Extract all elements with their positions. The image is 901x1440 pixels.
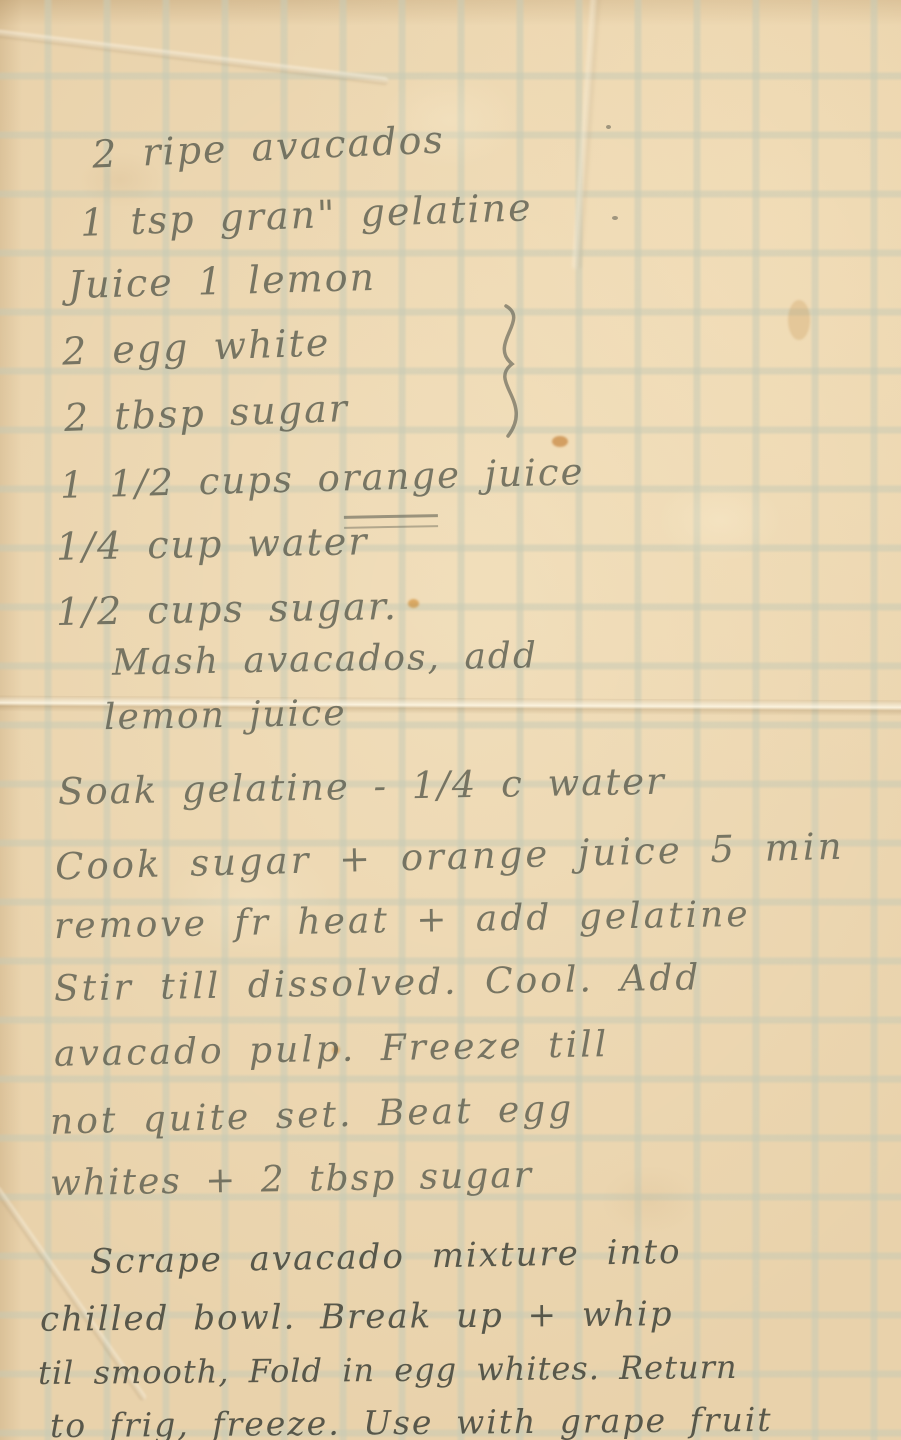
handwritten-recipe-page: 2 ripe avacados 1 tsp gran" gelatine Jui… bbox=[0, 0, 901, 1440]
ink-fleck bbox=[606, 125, 611, 129]
instruction-lemon-juice: lemon juice bbox=[104, 696, 347, 736]
ingredient-sugar-tbsp: 2 tbsp sugar bbox=[63, 389, 349, 437]
instruction-chilled-bowl: chilled bowl. Break up + whip bbox=[40, 1297, 674, 1337]
ingredient-water: 1/4 cup water bbox=[56, 522, 369, 565]
instruction-fold-whites: til smooth, Fold in egg whites. Return bbox=[38, 1351, 738, 1389]
instruction-scrape-mixture: Scrape avacado mixture into bbox=[90, 1235, 682, 1279]
rust-stain bbox=[408, 599, 419, 608]
rust-stain bbox=[552, 436, 568, 447]
ingredient-sugar-cups: 1/2 cups sugar. bbox=[56, 587, 399, 631]
ingredient-egg-whites: 2 egg white bbox=[61, 323, 331, 370]
double-dash-mark bbox=[344, 514, 438, 529]
ingredient-lemon-juice: Juice 1 lemon bbox=[68, 258, 377, 304]
rust-stain bbox=[788, 300, 810, 340]
ink-fleck bbox=[612, 216, 618, 220]
instruction-beat-whites: whites + 2 tbsp sugar bbox=[50, 1158, 534, 1202]
grouping-brace bbox=[478, 302, 548, 442]
instruction-mash: Mash avacados, add bbox=[112, 638, 539, 681]
instruction-soak-gelatine: Soak gelatine - 1/4 c water bbox=[58, 763, 666, 811]
instruction-avocado-pulp: avacado pulp. Freeze till bbox=[54, 1027, 610, 1073]
instruction-return-freeze: to frig, freeze. Use with grape fruit bbox=[50, 1403, 773, 1440]
